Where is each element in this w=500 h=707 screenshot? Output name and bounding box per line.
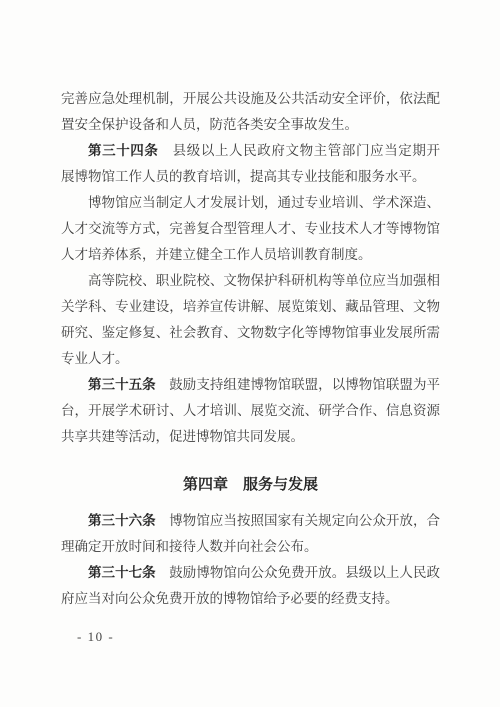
text-line: 关学科、专业建设，培养宣传讲解、展览策划、藏品管理、文物 bbox=[61, 294, 440, 320]
text-line: 第三十六条 博物馆应当按照国家有关规定向公众开放，合 bbox=[61, 508, 440, 534]
text-line: 展博物馆工作人员的教育培训，提高其专业技能和服务水平。 bbox=[61, 164, 440, 190]
text-line: 理确定开放时间和接待人数并向社会公布。 bbox=[61, 534, 440, 560]
line-text: 专业人才。 bbox=[61, 351, 129, 366]
text-line: 高等院校、职业院校、文物保护科研机构等单位应当加强相 bbox=[61, 268, 440, 294]
text-line: 完善应急处理机制，开展公共设施及公共活动安全评价，依法配 bbox=[61, 86, 440, 112]
page-number: - 10 - bbox=[77, 627, 114, 647]
text-line: 置安全保护设备和人员，防范各类安全事故发生。 bbox=[61, 112, 440, 138]
text-line: 专业人才。 bbox=[61, 346, 440, 372]
article-number: 第三十六条 bbox=[88, 513, 156, 528]
line-text: 关学科、专业建设，培养宣传讲解、展览策划、藏品管理、文物 bbox=[61, 299, 440, 314]
text-line: 博物馆应当制定人才发展计划，通过专业培训、学术深造、 bbox=[61, 190, 440, 216]
text-line: 第三十五条 鼓励支持组建博物馆联盟，以博物馆联盟为平 bbox=[61, 372, 440, 398]
line-text: 置安全保护设备和人员，防范各类安全事故发生。 bbox=[61, 117, 358, 132]
text-line: 人才培养体系，并建立健全工作人员培训教育制度。 bbox=[61, 242, 440, 268]
chapter-heading: 第四章 服务与发展 bbox=[61, 470, 440, 500]
text-line: 人才交流等方式，完善复合型管理人才、专业技术人才等博物馆 bbox=[61, 216, 440, 242]
text-line: 台，开展学术研讨、人才培训、展览交流、研学合作、信息资源 bbox=[61, 398, 440, 424]
line-text: 高等院校、职业院校、文物保护科研机构等单位应当加强相 bbox=[88, 273, 440, 288]
line-text: 县级以上人民政府文物主管部门应当定期开 bbox=[159, 143, 440, 158]
text-line: 研究、鉴定修复、社会教育、文物数字化等博物馆事业发展所需 bbox=[61, 320, 440, 346]
article-number: 第三十七条 bbox=[88, 565, 156, 580]
line-text: 鼓励博物馆向公众免费开放。县级以上人民政 bbox=[156, 565, 440, 580]
line-text: 完善应急处理机制，开展公共设施及公共活动安全评价，依法配 bbox=[61, 91, 440, 106]
line-text: 博物馆应当按照国家有关规定向公众开放，合 bbox=[156, 513, 440, 528]
text-line: 第三十四条 县级以上人民政府文物主管部门应当定期开 bbox=[61, 138, 440, 164]
doc-body: 完善应急处理机制，开展公共设施及公共活动安全评价，依法配置安全保护设备和人员，防… bbox=[61, 86, 440, 612]
line-text: 鼓励支持组建博物馆联盟，以博物馆联盟为平 bbox=[156, 377, 440, 392]
article-number: 第三十五条 bbox=[88, 377, 156, 392]
line-text: 博物馆应当制定人才发展计划，通过专业培训、学术深造、 bbox=[88, 195, 440, 210]
text-line: 第三十七条 鼓励博物馆向公众免费开放。县级以上人民政 bbox=[61, 560, 440, 586]
text-line: 府应当对向公众免费开放的博物馆给予必要的经费支持。 bbox=[61, 586, 440, 612]
line-text: 共享共建等活动，促进博物馆共同发展。 bbox=[61, 429, 304, 444]
line-text: 展博物馆工作人员的教育培训，提高其专业技能和服务水平。 bbox=[61, 169, 426, 184]
document-page: 完善应急处理机制，开展公共设施及公共活动安全评价，依法配置安全保护设备和人员，防… bbox=[0, 0, 500, 707]
chapter-number: 第四章 bbox=[183, 476, 228, 493]
line-text: 人才交流等方式，完善复合型管理人才、专业技术人才等博物馆 bbox=[61, 221, 440, 236]
line-text: 服务与发展 bbox=[228, 476, 318, 493]
line-text: 研究、鉴定修复、社会教育、文物数字化等博物馆事业发展所需 bbox=[61, 325, 440, 340]
article-number: 第三十四条 bbox=[88, 143, 159, 158]
line-text: 理确定开放时间和接待人数并向社会公布。 bbox=[61, 539, 318, 554]
line-text: 府应当对向公众免费开放的博物馆给予必要的经费支持。 bbox=[61, 591, 399, 606]
line-text: 台，开展学术研讨、人才培训、展览交流、研学合作、信息资源 bbox=[61, 403, 440, 418]
line-text: 人才培养体系，并建立健全工作人员培训教育制度。 bbox=[61, 247, 372, 262]
text-line: 共享共建等活动，促进博物馆共同发展。 bbox=[61, 424, 440, 450]
